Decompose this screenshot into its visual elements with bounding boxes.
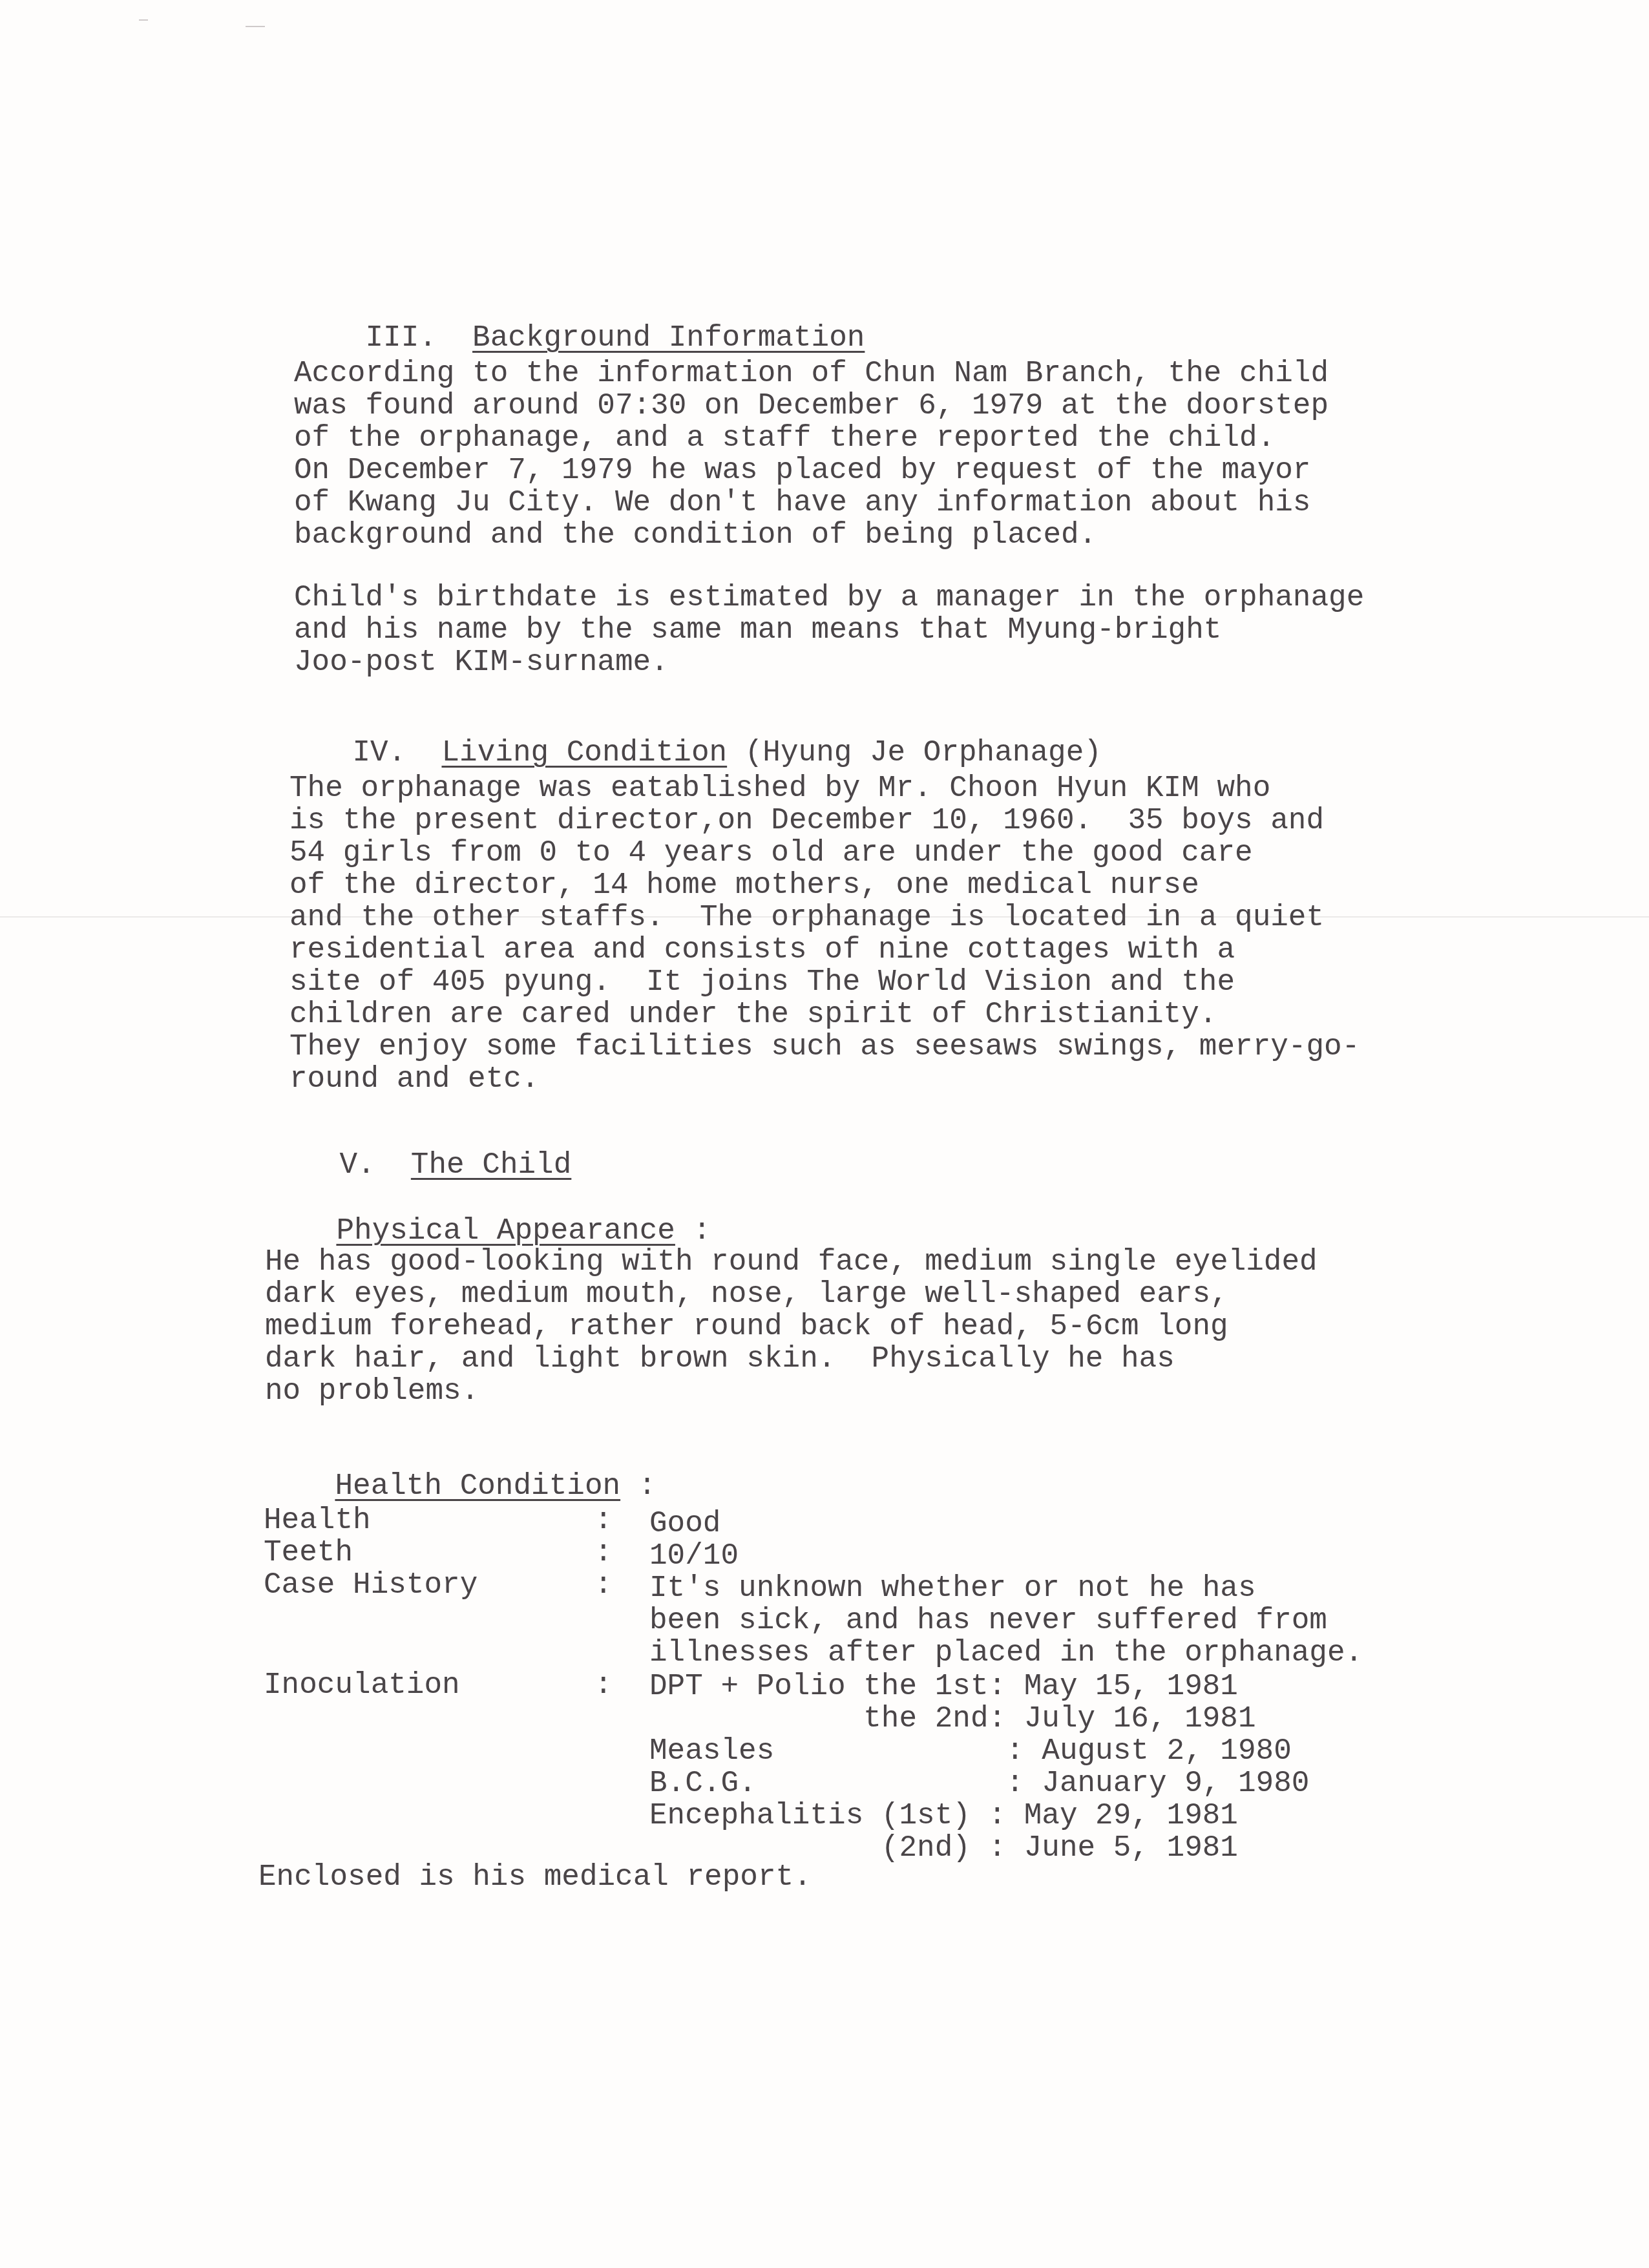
paper-speck — [139, 19, 148, 21]
health-value: Good — [649, 1507, 720, 1540]
inoculation-line: (2nd) : June 5, 1981 — [649, 1832, 1238, 1864]
section-4-title: Living Condition — [441, 736, 727, 770]
paper-speck — [246, 26, 265, 27]
teeth-sep: : — [594, 1537, 613, 1569]
case-history-line: been sick, and has never suffered from — [649, 1604, 1327, 1637]
document-page: III. Background Information According to… — [0, 0, 1649, 2268]
text-line: round and etc. — [289, 1063, 1360, 1095]
case-history-line: It's unknown whether or not he has — [649, 1572, 1256, 1604]
living-condition-paragraph: The orphanage was eatablished by Mr. Cho… — [289, 772, 1360, 1095]
health-sep: : — [594, 1504, 613, 1537]
physical-appearance-paragraph: He has good-looking with round face, med… — [265, 1246, 1318, 1407]
heading-colon: : — [693, 1214, 711, 1248]
section-3-numeral: III. — [365, 321, 436, 355]
teeth-label: Teeth — [264, 1537, 353, 1569]
inoculation-line: Encephalitis (1st) : May 29, 1981 — [649, 1800, 1238, 1832]
background-paragraph-2: Child's birthdate is estimated by a mana… — [294, 582, 1364, 678]
text-line: and the other staffs. The orphanage is l… — [289, 901, 1360, 934]
section-4-subtitle: (Hyung Je Orphanage) — [745, 736, 1102, 770]
inoculation-line: Measles : August 2, 1980 — [649, 1735, 1292, 1767]
text-line: of the director, 14 home mothers, one me… — [289, 869, 1360, 901]
section-3-title: Background Information — [472, 321, 865, 355]
heading-colon: : — [638, 1469, 656, 1503]
text-line: They enjoy some facilities such as seesa… — [289, 1031, 1360, 1063]
health-label: Health — [264, 1504, 371, 1537]
text-line: background and the condition of being pl… — [294, 519, 1329, 551]
text-line: no problems. — [265, 1375, 1318, 1407]
text-line: of Kwang Ju City. We don't have any info… — [294, 487, 1329, 519]
text-line: On December 7, 1979 he was placed by req… — [294, 454, 1329, 487]
text-line: dark eyes, medium mouth, nose, large wel… — [265, 1278, 1318, 1310]
text-line: Joo-post KIM-surname. — [294, 646, 1364, 678]
section-5-numeral: V. — [339, 1148, 375, 1182]
text-line: He has good-looking with round face, med… — [265, 1246, 1318, 1278]
text-line: Child's birthdate is estimated by a mana… — [294, 582, 1364, 614]
health-condition-title: Health Condition — [335, 1469, 620, 1503]
case-history-sep: : — [594, 1569, 613, 1601]
text-line: site of 405 pyung. It joins The World Vi… — [289, 966, 1360, 998]
inoculation-line: DPT + Polio the 1st: May 15, 1981 — [649, 1670, 1238, 1703]
text-line: According to the information of Chun Nam… — [294, 357, 1329, 390]
background-paragraph-1: According to the information of Chun Nam… — [294, 357, 1329, 551]
case-history-line: illnesses after placed in the orphanage. — [649, 1637, 1363, 1669]
text-line: dark hair, and light brown skin. Physica… — [265, 1343, 1318, 1375]
text-line: is the present director,on December 10, … — [289, 804, 1360, 837]
section-5-title: The Child — [411, 1148, 571, 1182]
text-line: medium forehead, rather round back of he… — [265, 1310, 1318, 1343]
teeth-value: 10/10 — [649, 1540, 739, 1572]
enclosed-note: Enclosed is his medical report. — [258, 1861, 812, 1893]
case-history-label: Case History — [264, 1569, 478, 1601]
text-line: of the orphanage, and a staff there repo… — [294, 422, 1329, 454]
text-line: children are cared under the spirit of C… — [289, 998, 1360, 1031]
inoculation-line: the 2nd: July 16, 1981 — [649, 1703, 1256, 1735]
text-line: 54 girls from 0 to 4 years old are under… — [289, 837, 1360, 869]
physical-appearance-title: Physical Appearance — [336, 1214, 675, 1248]
text-line: and his name by the same man means that … — [294, 614, 1364, 646]
section-4-numeral: IV. — [352, 736, 406, 770]
text-line: residential area and consists of nine co… — [289, 934, 1360, 966]
text-line: was found around 07:30 on December 6, 19… — [294, 390, 1329, 422]
inoculation-line: B.C.G. : January 9, 1980 — [649, 1767, 1309, 1800]
text-line: The orphanage was eatablished by Mr. Cho… — [289, 772, 1360, 804]
inoculation-sep: : — [594, 1669, 613, 1701]
inoculation-label: Inoculation — [264, 1669, 460, 1701]
